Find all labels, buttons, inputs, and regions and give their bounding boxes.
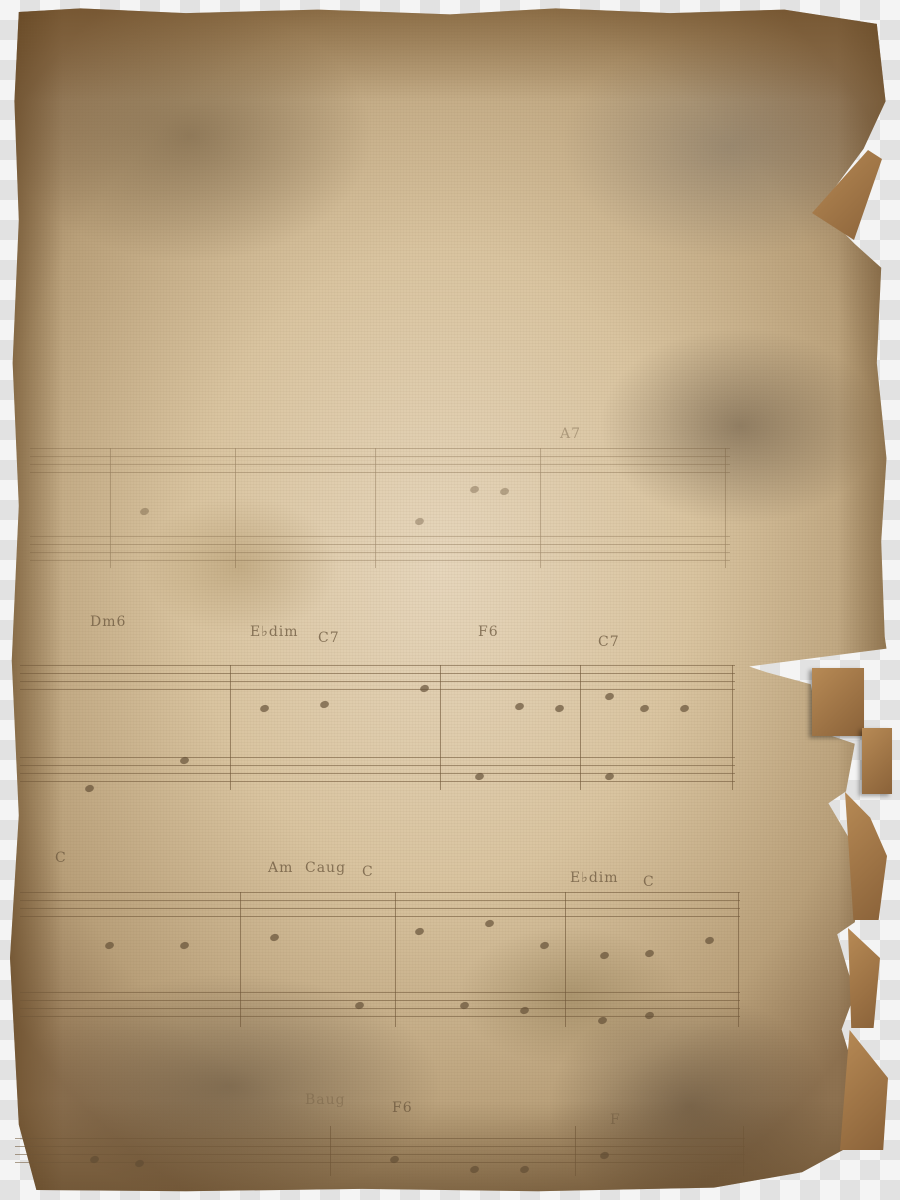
music-system-1: A7 <box>30 448 730 588</box>
chord-label: Am <box>268 860 293 876</box>
chord-label: C <box>643 874 655 890</box>
chord-label: Dm6 <box>90 614 126 630</box>
torn-flap <box>848 928 880 1028</box>
chord-label: C <box>55 850 67 866</box>
chord-label: F6 <box>392 1100 413 1116</box>
torn-flap <box>812 668 864 736</box>
chord-label: Baug <box>305 1092 346 1108</box>
chord-label: C7 <box>318 630 340 646</box>
chord-label: C7 <box>598 634 620 650</box>
music-system-4 <box>15 1138 745 1188</box>
chord-label: A7 <box>560 426 581 442</box>
chord-label: F6 <box>478 624 499 640</box>
chord-label: E♭dim <box>570 870 619 886</box>
chord-label: C <box>362 864 374 880</box>
chord-label: F <box>610 1112 621 1128</box>
music-system-2 <box>20 665 735 815</box>
chord-label: Caug <box>305 860 346 876</box>
chord-label: E♭dim <box>250 624 299 640</box>
music-system-3 <box>20 892 740 1052</box>
torn-flap <box>862 728 892 794</box>
